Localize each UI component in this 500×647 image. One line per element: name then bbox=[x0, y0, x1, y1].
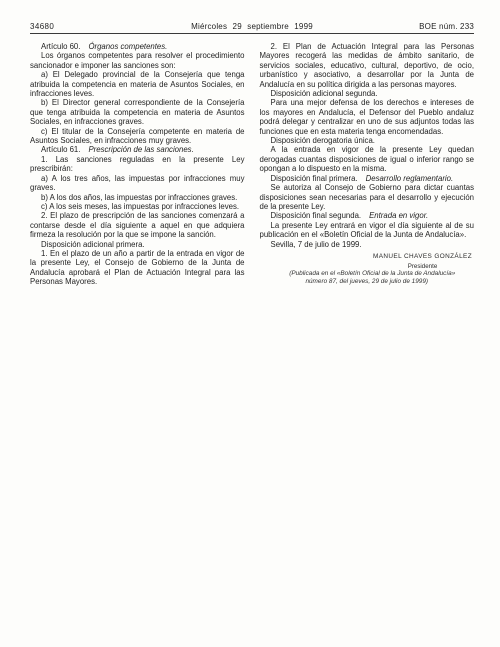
disposicion-adicional-primera-heading: Disposición adicional primera. bbox=[30, 240, 245, 249]
signature-role: Presidente bbox=[373, 263, 472, 270]
header-date: Miércoles 29 septiembre 1999 bbox=[30, 22, 474, 32]
disposicion-derogatoria-label: Disposición derogatoria única. bbox=[271, 136, 375, 145]
article-61-item-c: c) A los seis meses, las impuestas por i… bbox=[30, 202, 245, 211]
left-column: Artículo 60.Órganos competentes. Los órg… bbox=[30, 42, 245, 287]
article-60-intro: Los órganos competentes para resolver el… bbox=[30, 51, 245, 70]
disposicion-final-primera-paragraph: Se autoriza al Consejo de Gobierno para … bbox=[260, 183, 475, 211]
article-60-item-c: c) El titular de la Consejería competent… bbox=[30, 127, 245, 146]
disposicion-final-segunda-label: Disposición final segunda. bbox=[271, 211, 362, 220]
article-60-heading: Artículo 60.Órganos competentes. bbox=[30, 42, 245, 51]
disposicion-final-primera-heading: Disposición final primera.Desarrollo reg… bbox=[260, 174, 475, 183]
boe-document-page: 34680 Miércoles 29 septiembre 1999 BOE n… bbox=[0, 0, 500, 647]
disposicion-final-segunda-heading: Disposición final segunda.Entrada en vig… bbox=[260, 211, 475, 220]
article-60-item-b: b) El Director general correspondiente d… bbox=[30, 98, 245, 126]
disposicion-adicional-primera-label: Disposición adicional primera. bbox=[41, 240, 145, 249]
issue-number: BOE núm. 233 bbox=[419, 22, 474, 32]
article-61-label: Artículo 61. bbox=[41, 145, 80, 154]
right-column: 2. El Plan de Actuación Integral para la… bbox=[260, 42, 475, 287]
article-61-paragraph-2: 2. El plazo de prescripción de las sanci… bbox=[30, 211, 245, 239]
place-date-line: Sevilla, 7 de julio de 1999. bbox=[260, 240, 475, 249]
disposicion-final-primera-title: Desarrollo reglamentario. bbox=[366, 174, 454, 183]
article-61-item-b: b) A los dos años, las impuestas por inf… bbox=[30, 193, 245, 202]
header-divider bbox=[30, 33, 474, 34]
disposicion-adicional-segunda-heading: Disposición adicional segunda. bbox=[260, 89, 475, 98]
publication-footnote: (Publicada en el «Boletín Oficial de la … bbox=[260, 270, 475, 286]
article-61-paragraph-1: 1. Las sanciones reguladas en la present… bbox=[30, 155, 245, 174]
signature-block: MANUEL CHAVES GONZÁLEZ Presidente bbox=[373, 253, 472, 270]
signature-name: MANUEL CHAVES GONZÁLEZ bbox=[373, 253, 472, 260]
disposicion-derogatoria-paragraph: A la entrada en vigor de la presente Ley… bbox=[260, 145, 475, 173]
article-61-title: Prescripción de las sanciones. bbox=[88, 145, 193, 154]
disposicion-final-segunda-paragraph: La presente Ley entrará en vigor el día … bbox=[260, 221, 475, 240]
disposicion-adicional-primera-paragraph: 1. En el plazo de un año a partir de la … bbox=[30, 249, 245, 287]
article-61-item-a: a) A los tres años, las impuestas por in… bbox=[30, 174, 245, 193]
article-61-heading: Artículo 61.Prescripción de las sancione… bbox=[30, 145, 245, 154]
disposicion-adicional-segunda-paragraph: Para una mejor defensa de los derechos e… bbox=[260, 98, 475, 136]
document-body: Artículo 60.Órganos competentes. Los órg… bbox=[30, 42, 474, 287]
article-60-label: Artículo 60. bbox=[41, 42, 80, 51]
disposicion-derogatoria-heading: Disposición derogatoria única. bbox=[260, 136, 475, 145]
disposicion-final-primera-label: Disposición final primera. bbox=[271, 174, 358, 183]
disposicion-adicional-segunda-label: Disposición adicional segunda. bbox=[271, 89, 378, 98]
article-60-item-a: a) El Delegado provincial de la Consejer… bbox=[30, 70, 245, 98]
disposicion-final-segunda-title: Entrada en vigor. bbox=[369, 211, 428, 220]
page-header: 34680 Miércoles 29 septiembre 1999 BOE n… bbox=[30, 22, 474, 33]
article-60-title: Órganos competentes. bbox=[88, 42, 167, 51]
plan-paragraph: 2. El Plan de Actuación Integral para la… bbox=[260, 42, 475, 89]
